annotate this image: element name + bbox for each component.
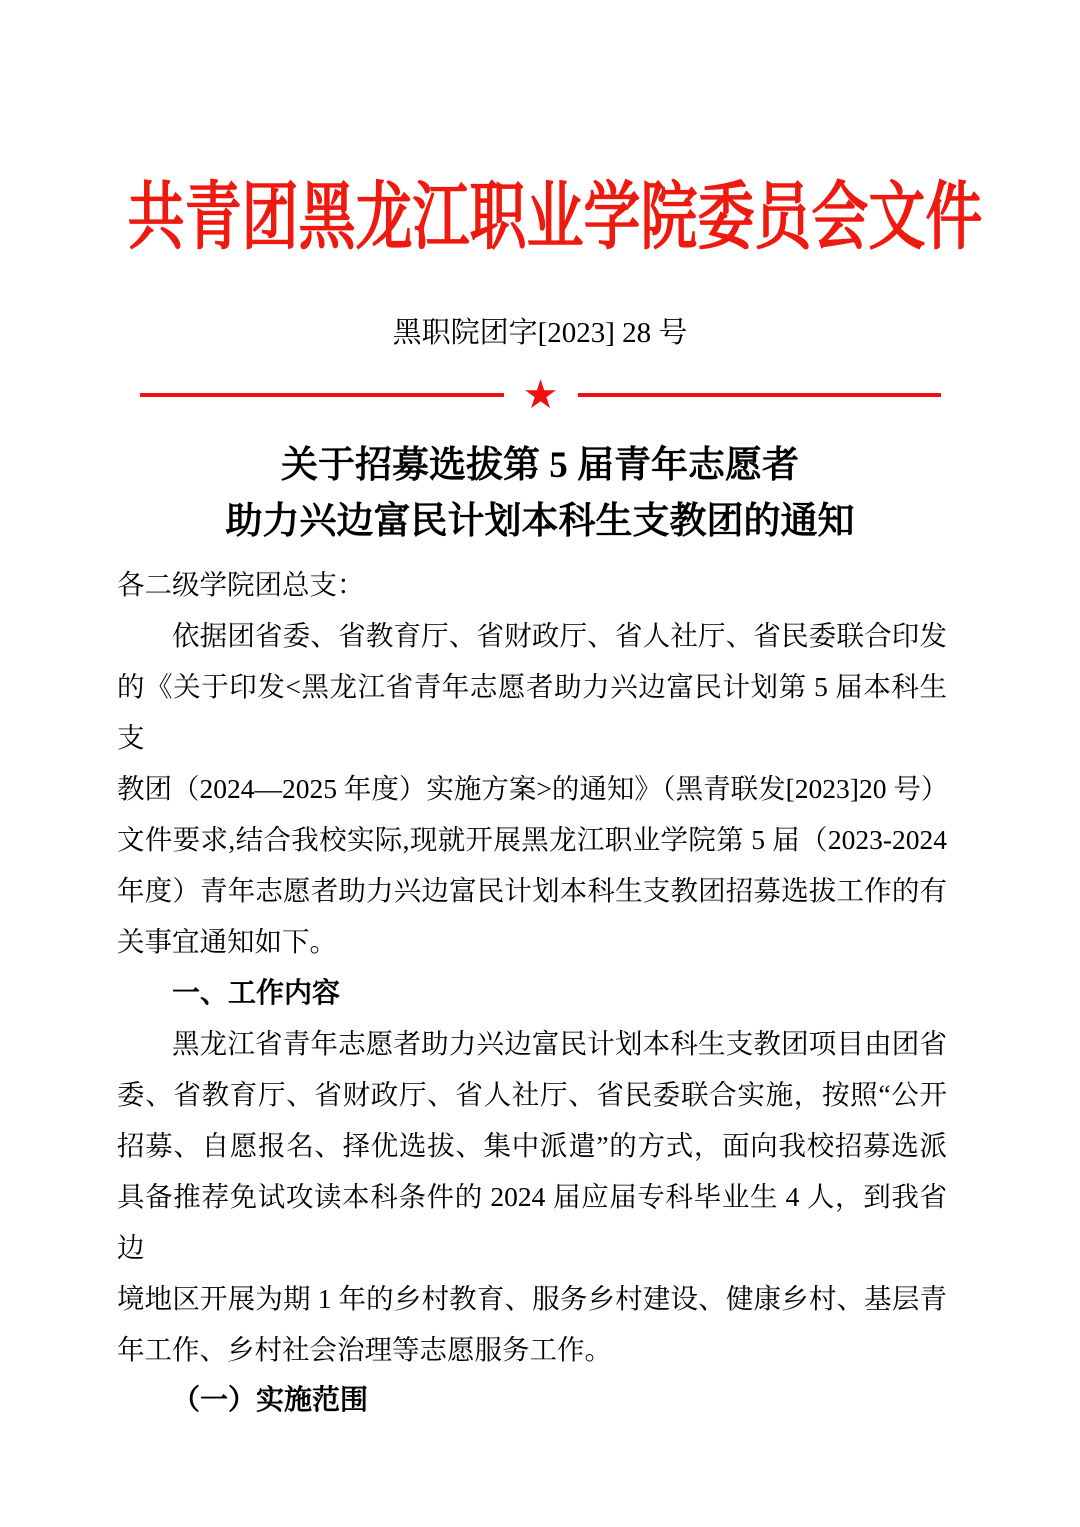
document-header-title-text: 共青团黑龙江职业学院委员会文件 (128, 168, 983, 268)
document-number: 黑职院团字[2023] 28 号 (0, 312, 1080, 354)
body-line: 招募、自愿报名、择优选拔、集中派遣”的方式，面向我校招募选派 (117, 1120, 947, 1171)
body-line: 境地区开展为期 1 年的乡村教育、服务乡村建设、健康乡村、基层青 (117, 1273, 947, 1324)
section-heading-work-content: 一、工作内容 (117, 967, 947, 1018)
body-line: 委、省教育厅、省财政厅、省人社厅、省民委联合实施，按照“公开 (117, 1069, 947, 1120)
body-line: 关事宜通知如下。 (117, 916, 947, 967)
subsection-heading-implementation-scope: （一）实施范围 (117, 1375, 947, 1426)
body-line: 的《关于印发<黑龙江省青年志愿者助力兴边富民计划第 5 届本科生支 (117, 661, 947, 763)
body-line: 黑龙江省青年志愿者助力兴边富民计划本科生支教团项目由团省 (117, 1018, 947, 1069)
divider-line-left (140, 393, 504, 397)
notice-title: 关于招募选拔第 5 届青年志愿者 助力兴边富民计划本科生支教团的通知 (0, 438, 1080, 550)
document-header-title: 共青团黑龙江职业学院委员会文件 (0, 168, 1080, 268)
body-line: 依据团省委、省教育厅、省财政厅、省人社厅、省民委联合印发 (117, 610, 947, 661)
body-line: 年度）青年志愿者助力兴边富民计划本科生支教团招募选拔工作的有 (117, 865, 947, 916)
body-line: 具备推荐免试攻读本科条件的 2024 届应届专科毕业生 4 人，到我省边 (117, 1171, 947, 1273)
body-line: 年工作、乡村社会治理等志愿服务工作。 (117, 1324, 947, 1375)
salutation-line: 各二级学院团总支： (117, 559, 947, 610)
body-line: 文件要求,结合我校实际,现就开展黑龙江职业学院第 5 届（2023-2024 (117, 814, 947, 865)
notice-title-line2: 助力兴边富民计划本科生支教团的通知 (0, 494, 1080, 550)
star-icon: ★ (504, 373, 578, 417)
red-divider: ★ (140, 373, 941, 417)
divider-line-right (578, 393, 942, 397)
notice-title-line1: 关于招募选拔第 5 届青年志愿者 (0, 438, 1080, 494)
notice-body: 各二级学院团总支： 依据团省委、省教育厅、省财政厅、省人社厅、省民委联合印发 的… (117, 559, 947, 1426)
body-line: 教团（2024—2025 年度）实施方案>的通知》（黑青联发[2023]20 号… (117, 763, 947, 814)
document-page: 共青团黑龙江职业学院委员会文件 黑职院团字[2023] 28 号 ★ 关于招募选… (0, 0, 1080, 1527)
